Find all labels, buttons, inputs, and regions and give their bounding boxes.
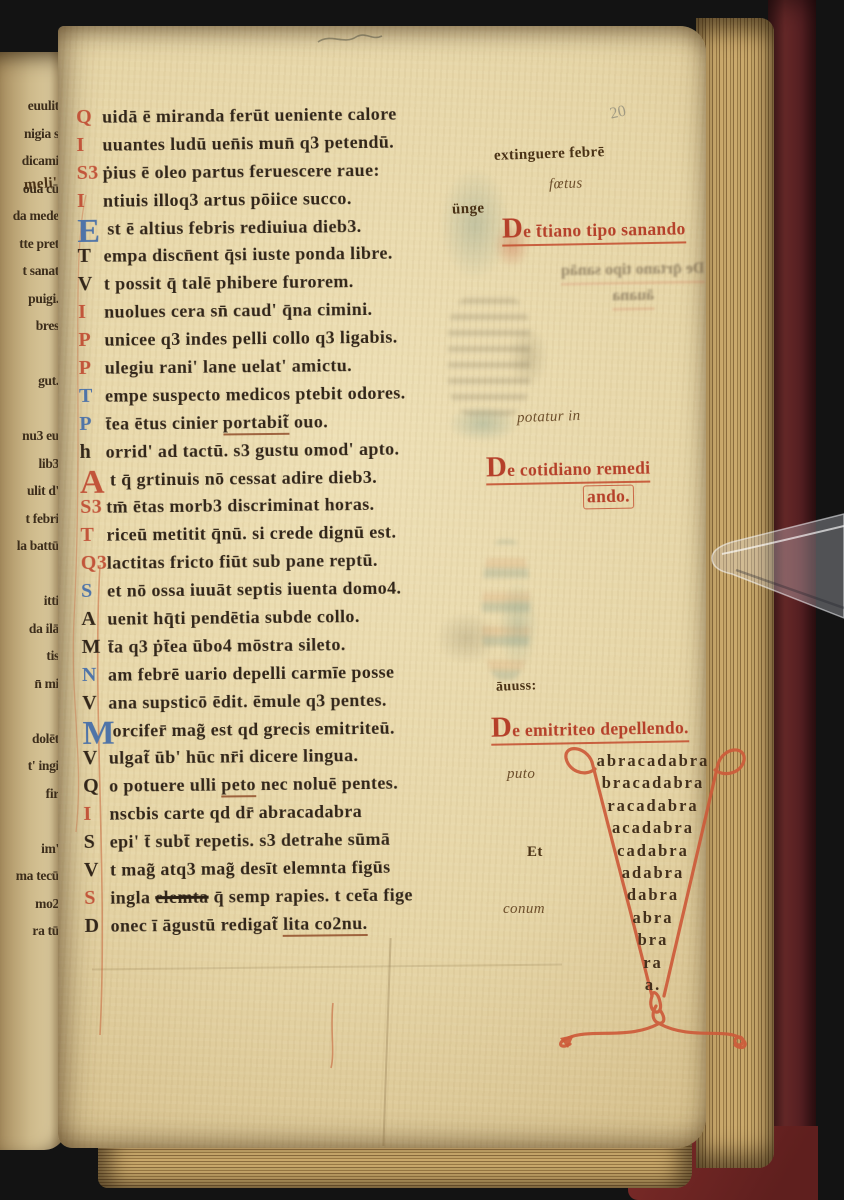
verse-text: epi' t̄ subt̄ repetis. s3 detrahe sūmā	[110, 829, 391, 852]
abracadabra-row: adabra	[548, 862, 758, 884]
abracadabra-rows: abracadabrabracadabraracadabraacadabraca…	[548, 750, 758, 996]
verse-initial: V	[84, 857, 110, 885]
verse-text: onec ī āgustū redigat̃	[110, 914, 283, 936]
previous-page-fragment	[0, 697, 64, 725]
verse-initial: V	[78, 271, 104, 299]
verse-initial: T	[77, 243, 103, 271]
verse-initial: N	[82, 662, 108, 690]
verse-initial: M	[82, 634, 108, 662]
verse-initial: P	[79, 411, 105, 439]
previous-page-fragment: la battū	[0, 532, 64, 560]
verse-initial: S	[81, 578, 107, 606]
previous-page-text-fragments: euulitnigia sdicamioua cūda medette pret…	[0, 92, 64, 945]
previous-page-fragment: n̄ mi	[0, 670, 64, 698]
verse-text: nec noluē pentes.	[256, 773, 398, 794]
verse-text: lita co2nu.	[283, 913, 368, 937]
verse-text: am febrē uario depelli carmīe posse	[108, 662, 395, 685]
verse-text: uenit hq̄ti pendētia subde collo.	[107, 606, 360, 629]
previous-page-fragment: mo2	[0, 890, 64, 918]
verse-initial: V	[83, 745, 109, 773]
verse-initial: V	[82, 689, 108, 717]
verse-text: t̄ea ētus cinier	[105, 412, 223, 433]
abracadabra-row: dabra	[548, 884, 758, 906]
verse-text: t q̄ grtinuis nō cessat adire dieb3.	[110, 466, 377, 489]
verse-initial: Q	[83, 773, 109, 801]
abracadabra-row: ra	[548, 952, 758, 974]
verse-text: nscbis carte qd dr̄ abracadabra	[109, 801, 362, 824]
rubric-tertian-fever: De t̄tiano tipo sanando	[502, 211, 686, 246]
previous-page-fragment: nu3 eu	[0, 422, 64, 450]
abracadabra-row: a.	[548, 974, 758, 996]
verse-initial: S	[84, 829, 110, 857]
verse-initial: E	[77, 217, 107, 245]
verse-initial: M	[82, 719, 112, 747]
verse-text: peto	[221, 775, 256, 798]
verse-initial: A	[81, 606, 107, 634]
previous-page-edge: euulitnigia sdicamioua cūda medette pret…	[0, 52, 66, 1150]
previous-page-fragment	[0, 340, 64, 368]
verse-text: portabit̃	[223, 412, 289, 436]
previous-page-fragment: ra tū	[0, 917, 64, 945]
verse-text: orcifer̄ mag̃ est qd grecis emitriteū.	[112, 717, 395, 740]
verse-text: st ē altius febris rediuiua dieb3.	[107, 216, 361, 239]
verse-text: ṗius ē oleo partus feruescere raue:	[103, 160, 380, 183]
verse-text: t̄a q3 ṗt̄ea ūbo4 mōstra sileto.	[108, 634, 346, 656]
verse-text: elemta	[155, 887, 209, 908]
abracadabra-row: acadabra	[548, 817, 758, 839]
verse-initial: T	[80, 522, 106, 550]
abracadabra-row: cadabra	[548, 840, 758, 862]
previous-page-fragment	[0, 395, 64, 423]
previous-page-fragment: dicami	[0, 147, 64, 175]
verse-text: lactitas fricto fiūt sub pane reptū.	[107, 550, 378, 573]
verse-text: riceū metitit q̄nū. si crede dignū est.	[106, 522, 396, 545]
previous-page-fragment: t sanat	[0, 257, 64, 285]
verse-text: ouo.	[289, 411, 328, 431]
abracadabra-triangle: abracadabrabracadabraracadabraacadabraca…	[548, 738, 760, 1054]
margin-note-et: Et	[527, 844, 543, 861]
abracadabra-row: bra	[548, 929, 758, 951]
previous-page-fragment: ma tecū	[0, 862, 64, 890]
previous-page-fragment: da mede	[0, 202, 64, 230]
verse-text: et nō ossa iuuāt septis iuenta domo4.	[107, 578, 402, 601]
verse-initial: T	[79, 383, 105, 411]
abracadabra-row: bracadabra	[548, 772, 758, 794]
page-holder-clip	[700, 492, 844, 632]
verse-initial: D	[84, 913, 110, 941]
verse-initial: I	[77, 187, 103, 215]
rubric-quotidian-fever-line1: De cotidiano remedi	[486, 451, 651, 486]
margin-note-puto: puto	[507, 766, 535, 783]
previous-page-fragment	[0, 560, 64, 588]
previous-page-fragment: gut.	[0, 367, 64, 395]
verse-text: empe suspecto medicos ptebit odores.	[105, 382, 406, 405]
verse-text: orrid' ad tactū. s3 gustu omod' apto.	[106, 438, 400, 461]
verse-text: ingla	[110, 887, 155, 907]
previous-page-fragment: itti	[0, 587, 64, 615]
verse-initial: P	[79, 355, 105, 383]
verse-initial: I	[78, 299, 104, 327]
verse-text: empa discn̄ent q̄si iuste ponda libre.	[103, 243, 392, 266]
previous-page-fragment: ulit d'	[0, 477, 64, 505]
folio-number-pencil: 20	[608, 103, 627, 124]
previous-page-fragment: tis	[0, 642, 64, 670]
previous-page-fragment: nigia s	[0, 120, 64, 148]
verse-initial: Q	[76, 104, 102, 132]
verse-text: o potuere ulli	[109, 775, 221, 796]
previous-page-fragment: dolēt	[0, 725, 64, 753]
verse-text: uidā ē miranda ferūt ueniente calore	[102, 104, 397, 127]
previous-page-fragment: puigi.	[0, 285, 64, 313]
verse-text: ntiuis illoq3 artus pōiice succo.	[103, 188, 352, 211]
verse-text: nuolues cera sn̄ caud' q̄na cimini.	[104, 299, 372, 322]
verse-text: q̄ semp rapies. t cet̄a fige	[208, 884, 412, 906]
margin-note-unge: ünge	[452, 200, 485, 218]
previous-page-fragment: bres	[0, 312, 64, 340]
verse-initial: S3	[80, 494, 106, 522]
abracadabra-row: abra	[548, 907, 758, 929]
verse-line: Donec ī āgustū redigat̃ lita co2nu.	[84, 908, 564, 941]
previous-page-fragment	[0, 807, 64, 835]
margin-note-conum: conum	[503, 901, 545, 918]
previous-page-fragment: im'	[0, 835, 64, 863]
verse-text-block: Quidā ē miranda ferūt ueniente caloreIuu…	[76, 99, 565, 941]
previous-page-fragment: lib3	[0, 450, 64, 478]
verse-initial: I	[76, 132, 102, 160]
verse-text: uuantes ludū uen̄is mun̄ q3 petendū.	[102, 132, 394, 155]
verse-initial: A	[80, 468, 110, 496]
margin-note-potatur: potatur in	[517, 408, 581, 427]
verse-text: t possit q̄ talē phibere furorem.	[104, 271, 354, 294]
verse-initial: I	[83, 801, 109, 829]
previous-page-fragment: da ilā	[0, 615, 64, 643]
rubric-quotidian-fever-line2: ando.	[583, 485, 634, 510]
verse-text: ulegiu rani' lane uelat' amictu.	[105, 355, 353, 378]
verse-initial: S	[84, 885, 110, 913]
margin-note-foetus: fœtus	[549, 175, 583, 193]
margin-note-auuss: āuuss:	[496, 678, 537, 695]
margin-note-meli: meli'	[23, 175, 58, 194]
verse-initial: P	[78, 327, 104, 355]
verse-text: t mag̃ atq3 mag̃ desīt elemnta figūs	[110, 857, 391, 880]
previous-page-fragment: t febri	[0, 505, 64, 533]
verse-initial: h	[80, 438, 106, 466]
show-through-rubric: De q̄rtano tipo sanāq āuana	[538, 256, 729, 311]
abracadabra-row: racadabra	[548, 795, 758, 817]
abracadabra-row: abracadabra	[548, 750, 758, 772]
verse-text: ana supsticō ēdit. ēmule q3 pentes.	[108, 689, 387, 712]
previous-page-fragment: tte pret	[0, 230, 64, 258]
verse-initial: S3	[77, 160, 103, 188]
manuscript-photo: euulitnigia sdicamioua cūda medette pret…	[0, 0, 844, 1200]
previous-page-fragment: euulit	[0, 92, 64, 120]
verse-text: unicee q3 indes pelli collo q3 ligabis.	[104, 327, 397, 350]
verse-initial: Q3	[81, 550, 107, 578]
previous-page-fragment: fir	[0, 780, 64, 808]
previous-page-fragment: t' ingi	[0, 752, 64, 780]
verse-text: tm̄ ētas morb3 discriminat horas.	[106, 494, 374, 517]
verse-text: ulgat̃ ūb' hūc nr̄i dicere lingua.	[109, 746, 359, 769]
